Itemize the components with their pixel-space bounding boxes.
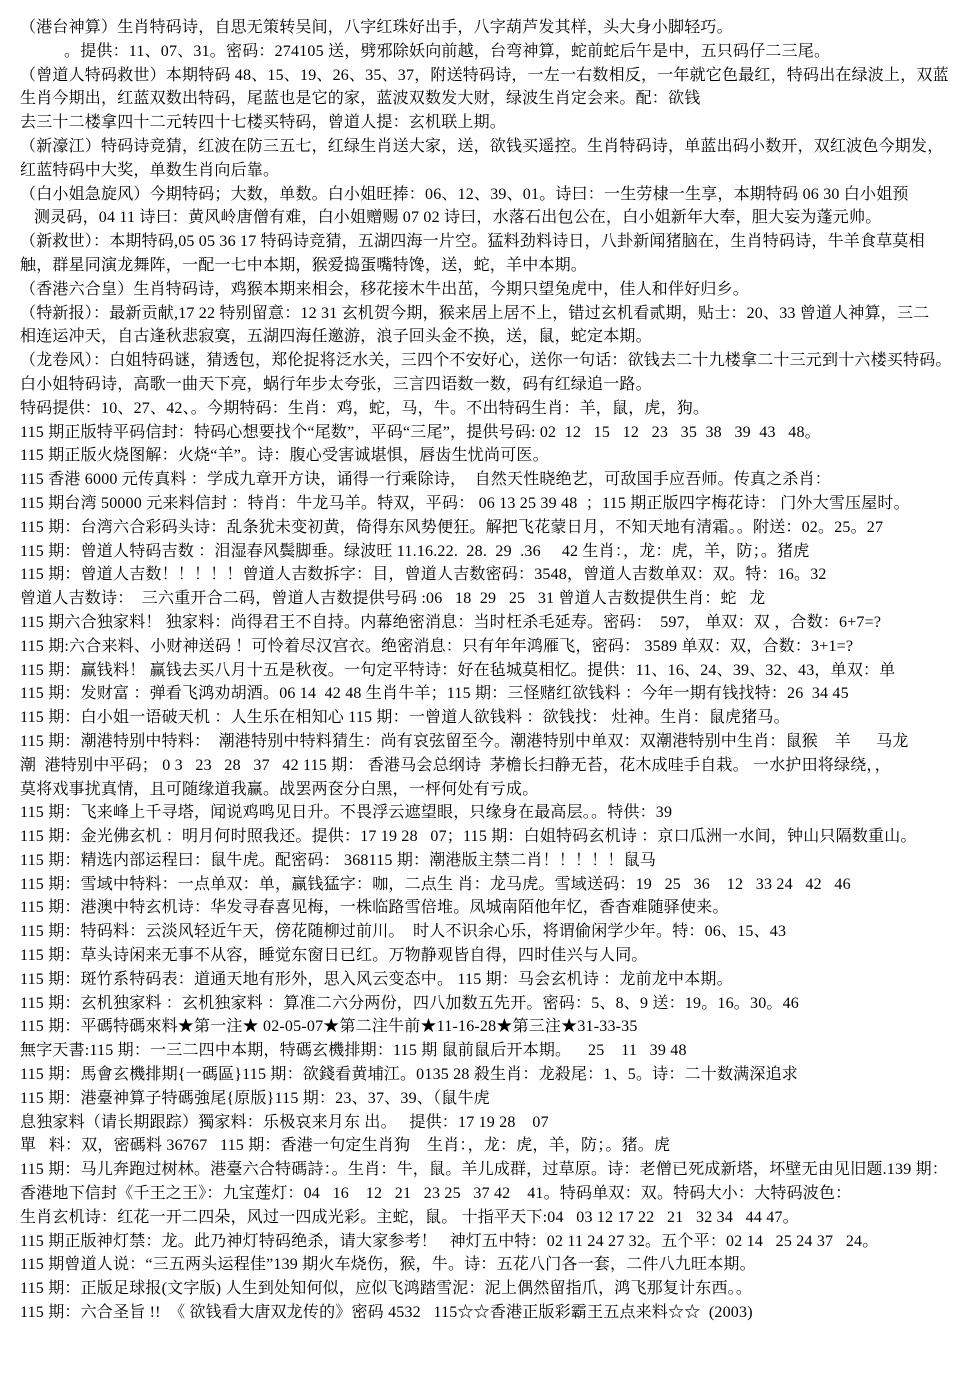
text-line: 去三十二楼拿四十二元转四十七楼买特码，曾道人提：玄机联上期。 xyxy=(20,111,970,135)
text-line: 無字天書:115 期：一三二四中本期，特碼玄機排期：115 期 鼠前鼠后开本期。… xyxy=(20,1039,970,1063)
text-line: 115 期：草头诗闲来无事不从容，睡觉东窗日已红。万物静观皆自得，四时佳兴与人同… xyxy=(20,944,970,968)
text-line: 115 香港 6000 元传真料 ：学成九章开方诀，诵得一行乘除诗， 自然天性晓… xyxy=(20,468,970,492)
text-line: 115 期：精选内部运程曰：鼠牛虎。配密码： 368115 期：潮港版主禁二肖！… xyxy=(20,849,970,873)
text-line: 115 期台湾 50000 元来料信封 ：特肖：牛龙马羊。特双，平码： 06 1… xyxy=(20,492,970,516)
text-line: 特码提供：10、27、42、。今期特码：生肖：鸡，蛇，马，牛。不出特码生肖：羊，… xyxy=(20,397,970,421)
text-line: 115 期：飞来峰上千寻塔，闻说鸡鸣见日升。不畏浮云遮望眼，只缘身在最高层。。特… xyxy=(20,801,970,825)
document-body: （港台神算）生肖特码诗，自思无策转吴间，八字红珠好出手，八字葫芦发其样，头大身小… xyxy=(0,0,978,1325)
text-line: （特新报）：最新贡献,17 22 特别留意：12 31 玄机贺今期，猴来居上居不… xyxy=(20,302,970,326)
text-line: 红蓝特码中大奖，单数生肖向后靠。 xyxy=(20,159,970,183)
text-line: 115 期：赢钱料！ 赢钱去买八月十五是秋夜。一句定平特诗：好在毡城莫相忆。提供… xyxy=(20,659,970,683)
text-line: 115 期：平碼特碼來料★第一注★ 02-05-07★第二注牛前★11-16-2… xyxy=(20,1015,970,1039)
text-line: 息独家料（请长期跟踪）獨家料：乐极哀来月东 出。 提供：17 19 28 07 xyxy=(20,1111,970,1135)
text-line: 115 期：曾道人特码吉数 ：泪湿春风鬓脚垂。绿波旺 11.16.22. 28.… xyxy=(20,540,970,564)
text-line: 115 期：馬會玄機排期{一碼區}115 期：欲錢看黄埔江。0135 28 殺生… xyxy=(20,1063,970,1087)
text-line: 潮 港特别中平码； 0 3 23 28 37 42 115 期： 香港马会总纲诗… xyxy=(20,754,970,778)
text-line: 。提供：11、07、31。密码：274105 送，劈邪除妖向前越，台弯神算，蛇前… xyxy=(20,40,970,64)
text-line: 相连运冲天，自古逢秋悲寂寞，五湖四海任邀游，浪子回头金不换，送，鼠，蛇定本期。 xyxy=(20,325,970,349)
text-line: 單 料：双，密碼料 36767 115 期：香港一句定生肖狗 生肖：，龙：虎，羊… xyxy=(20,1134,970,1158)
text-line: 白小姐特码诗，高歌一曲天下亮，蜗行年步太夸张，三言四语数一数，码有红绿追一路。 xyxy=(20,373,970,397)
text-line: 115 期：六合圣旨 !! 《 欲钱看大唐双龙传的》密码 4532 115☆☆香… xyxy=(20,1301,970,1325)
text-line: 115 期：特码料：云淡风轻近午天，傍花随柳过前川。 时人不识余心乐，将谓偷闲学… xyxy=(20,920,970,944)
text-line: 莫将戏事扰真情，且可随缘道我赢。战罢两奁分白黑，一枰何处有亏成。 xyxy=(20,778,970,802)
text-line: 115 期：潮港特别中特料： 潮港特别中特料猜生：尚有哀弦留至今。潮港特别中单双… xyxy=(20,730,970,754)
text-line: （新濠江）特码诗竞猜，红波在防三五七，红绿生肖送大家，送，欲钱买遥控。生肖特码诗… xyxy=(20,135,970,159)
text-line: 115 期：正版足球报(文字版) 人生到处知何似，应似飞鸿踏雪泥：泥上偶然留指爪… xyxy=(20,1277,970,1301)
text-line: 115 期：港臺神算子特碼強尾{原版}115 期：23、37、39、（鼠牛虎 xyxy=(20,1087,970,1111)
text-line: （龙卷风）：白姐特码谜，猜透包，郑伦捉将泛水关，三四个不安好心，送你一句话：欲钱… xyxy=(20,349,970,373)
text-line: 115 期：斑竹系特码表：道通天地有形外，思入风云变态中。 115 期：马会玄机… xyxy=(20,968,970,992)
text-line: 115 期正版火烧图解：火烧“羊”。诗：腹心受害诚堪惧，唇齿生忧尚可医。 xyxy=(20,444,970,468)
text-line: 115 期：马儿奔跑过树林。港臺六合特碼詩：。生肖：牛，鼠。羊儿成群，过草原。诗… xyxy=(20,1158,970,1182)
text-line: 115 期正版神灯禁：龙。此乃神灯特码绝杀，请大家参考！ 神灯五中特：02 11… xyxy=(20,1230,970,1254)
text-line: 触，群星同演龙舞阵，一配一七中本期，猴爱捣蛋嘴特馋，送，蛇，羊中本期。 xyxy=(20,254,970,278)
text-line: 115 期：台湾六合彩码头诗：乱条犹未变初黄，倚得东风势便狂。解把飞花蒙日月，不… xyxy=(20,516,970,540)
text-line: 115 期：金光佛玄机 ：明月何时照我还。提供：17 19 28 07；115 … xyxy=(20,825,970,849)
text-line: （香港六合皇）生肖特码诗，鸡猴本期来相会，移花接木牛出茁，今期只望兔虎中，佳人和… xyxy=(20,278,970,302)
text-line: 115 期:六合来料、小财神送码 ！可怜着尽汉宫衣。绝密消息：只有年年鸿雁飞，密… xyxy=(20,635,970,659)
text-line: 曾道人吉数诗： 三六重开合二码，曾道人吉数提供号码 :06 18 29 25 3… xyxy=(20,587,970,611)
text-line: 香港地下信封《千王之王》：九宝莲灯：04 16 12 21 23 25 37 4… xyxy=(20,1182,970,1206)
text-line: 115 期正版特平码信封：特码心想要找个“尾数”，平码“三尾”，提供号码: 02… xyxy=(20,421,970,445)
text-line: 生肖玄机诗：红花一开二四朵，风过一四成光彩。主蛇，鼠。 十指平天下:04 03 … xyxy=(20,1206,970,1230)
text-line: 115 期：白小姐一语破天机 ：人生乐在相知心 115 期：一曾道人欲钱料 ：欲… xyxy=(20,706,970,730)
text-line: 115 期：港澳中特玄机诗：华发寻春喜见梅，一株临路雪倍堆。凤城南陌他年忆，香杳… xyxy=(20,896,970,920)
text-line: 115 期：发财富 ：弹看飞鸿劝胡酒。06 14 42 48 生肖牛羊；115 … xyxy=(20,682,970,706)
text-line: 115 期：曾道人吉数！！！！！曾道人吉数拆字：目，曾道人吉数密码：3548，曾… xyxy=(20,563,970,587)
text-line: （新救世）：本期特码,05 05 36 17 特码诗竞猜，五湖四海一片空。猛料劲… xyxy=(20,230,970,254)
text-line: （港台神算）生肖特码诗，自思无策转吴间，八字红珠好出手，八字葫芦发其样，头大身小… xyxy=(20,16,970,40)
text-line: 115 期六合独家料！ 独家料：尚得君王不自持。内幕绝密消息：当时枉杀毛延寿。密… xyxy=(20,611,970,635)
text-line: 115 期：雪域中特料：一点单双：单，赢钱猛字：咖，二点生 肖：龙马虎。雪域送码… xyxy=(20,873,970,897)
text-line: 115 期曾道人说：“三五两头运程佳”139 期火车烧伤，猴，牛。诗：五花八门各… xyxy=(20,1253,970,1277)
text-line: 测灵码，04 11 诗曰：黄风岭唐僧有难，白小姐赠赐 07 02 诗曰，水落石出… xyxy=(20,206,970,230)
text-line: 生肖今期出，红蓝双数出特码，尾蓝也是它的家，蓝波双数发大财，绿波生肖定会来。配：… xyxy=(20,87,970,111)
text-line: （曾道人特码救世）本期特码 48、15、19、26、35、37，附送特码诗，一左… xyxy=(20,64,970,88)
text-line: （白小姐急旋风）今期特码；大数，单数。白小姐旺捧：06、12、39、01。诗曰：… xyxy=(20,183,970,207)
text-line: 115 期：玄机独家料 ：玄机独家料 ：算准二六分两份，四八加数五先开。密码：5… xyxy=(20,992,970,1016)
